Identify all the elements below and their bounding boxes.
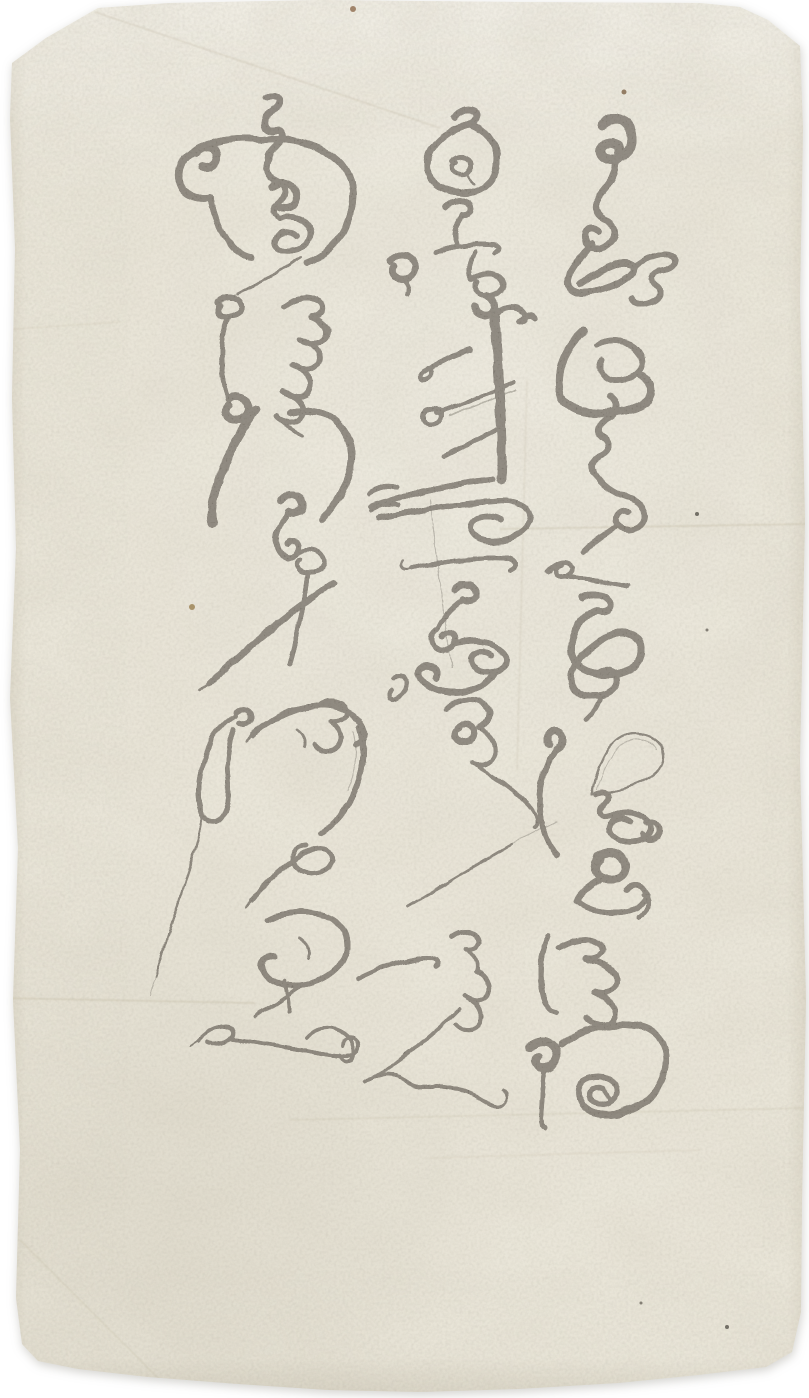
- paper-shadow-wrap: [0, 0, 809, 1398]
- photo-background: [0, 0, 809, 1398]
- calligraphy-sheet: [0, 0, 809, 1398]
